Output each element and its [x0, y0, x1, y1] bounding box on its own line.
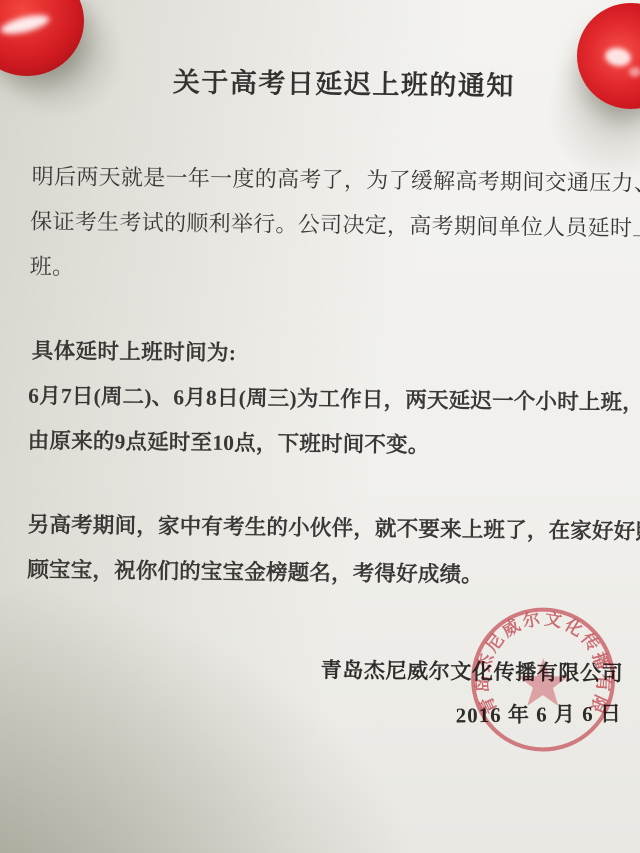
paragraph1-line2: 保证考生考试的顺利举行。公司决定，高考期间单位人员延时上 — [30, 205, 640, 243]
company-seal-stamp: 青岛杰尼威尔文化传播有限公司 — [466, 605, 620, 759]
photo-of-notice: 关于高考日延迟上班的通知 明后两天就是一年一度的高考了，为了缓解高考期间交通压力… — [0, 0, 640, 853]
notice-paper: 关于高考日延迟上班的通知 明后两天就是一年一度的高考了，为了缓解高考期间交通压力… — [0, 0, 640, 853]
paragraph1-line1: 明后两天就是一年一度的高考了，为了缓解高考期间交通压力、 — [32, 160, 640, 198]
schedule-line2: 由原来的9点延时至10点，下班时间不变。 — [28, 424, 430, 460]
seal-star-icon — [518, 658, 569, 706]
paragraph1-line3: 班。 — [30, 250, 75, 282]
paragraph3-line1: 另高考期间，家中有考生的小伙伴，就不要来上班了，在家好好照 — [28, 508, 640, 546]
notice-title: 关于高考日延迟上班的通知 — [44, 59, 640, 105]
seal-ring-text: 青岛杰尼威尔文化传播有限公司 — [466, 605, 615, 719]
schedule-heading: 具体延时上班时间为: — [32, 334, 237, 367]
paragraph3-line2: 顾宝宝，祝你们的宝宝金榜题名，考得好成绩。 — [27, 553, 483, 589]
schedule-line1: 6月7日(周二)、6月8日(周三)为工作日，两天延迟一个小时上班， — [28, 379, 640, 417]
